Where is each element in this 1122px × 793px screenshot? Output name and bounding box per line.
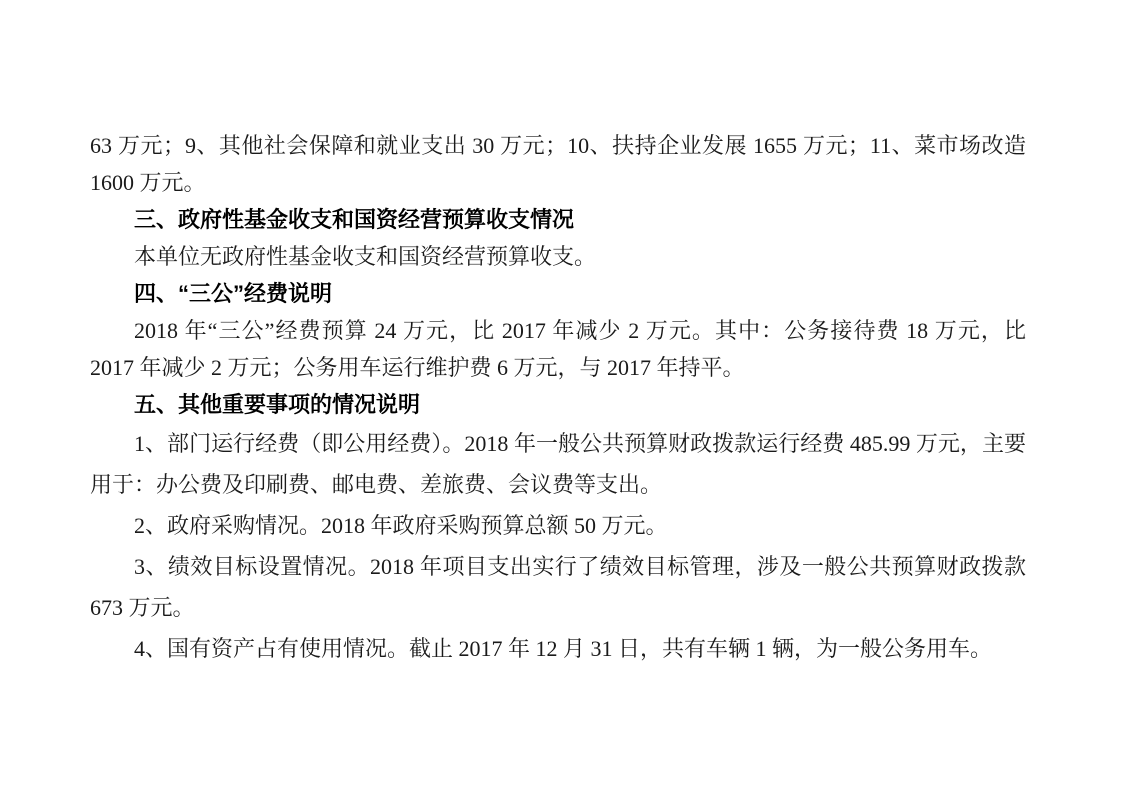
section-heading-three-public-expenses: 四、“三公”经费说明 bbox=[90, 275, 1026, 312]
paragraph-budget-items-continued: 63 万元；9、其他社会保障和就业支出 30 万元；10、扶持企业发展 1655… bbox=[90, 127, 1026, 201]
paragraph-three-public-expenses: 2018 年“三公”经费预算 24 万元，比 2017 年减少 2 万元。其中：… bbox=[90, 312, 1026, 386]
paragraph-no-gov-funds: 本单位无政府性基金收支和国资经营预算收支。 bbox=[90, 238, 1026, 275]
section-heading-other-important-matters: 五、其他重要事项的情况说明 bbox=[90, 386, 1026, 423]
section-heading-gov-funds: 三、政府性基金收支和国资经营预算收支情况 bbox=[90, 201, 1026, 238]
document-body: 63 万元；9、其他社会保障和就业支出 30 万元；10、扶持企业发展 1655… bbox=[90, 127, 1026, 669]
paragraph-performance-targets: 3、绩效目标设置情况。2018 年项目支出实行了绩效目标管理，涉及一般公共预算财… bbox=[90, 546, 1026, 628]
paragraph-department-operating-expenses: 1、部门运行经费（即公用经费）。2018 年一般公共预算财政拨款运行经费 485… bbox=[90, 423, 1026, 505]
paragraph-government-procurement: 2、政府采购情况。2018 年政府采购预算总额 50 万元。 bbox=[90, 505, 1026, 546]
paragraph-state-owned-assets: 4、国有资产占有使用情况。截止 2017 年 12 月 31 日，共有车辆 1 … bbox=[90, 628, 1026, 669]
document-page: 63 万元；9、其他社会保障和就业支出 30 万元；10、扶持企业发展 1655… bbox=[0, 0, 1122, 793]
